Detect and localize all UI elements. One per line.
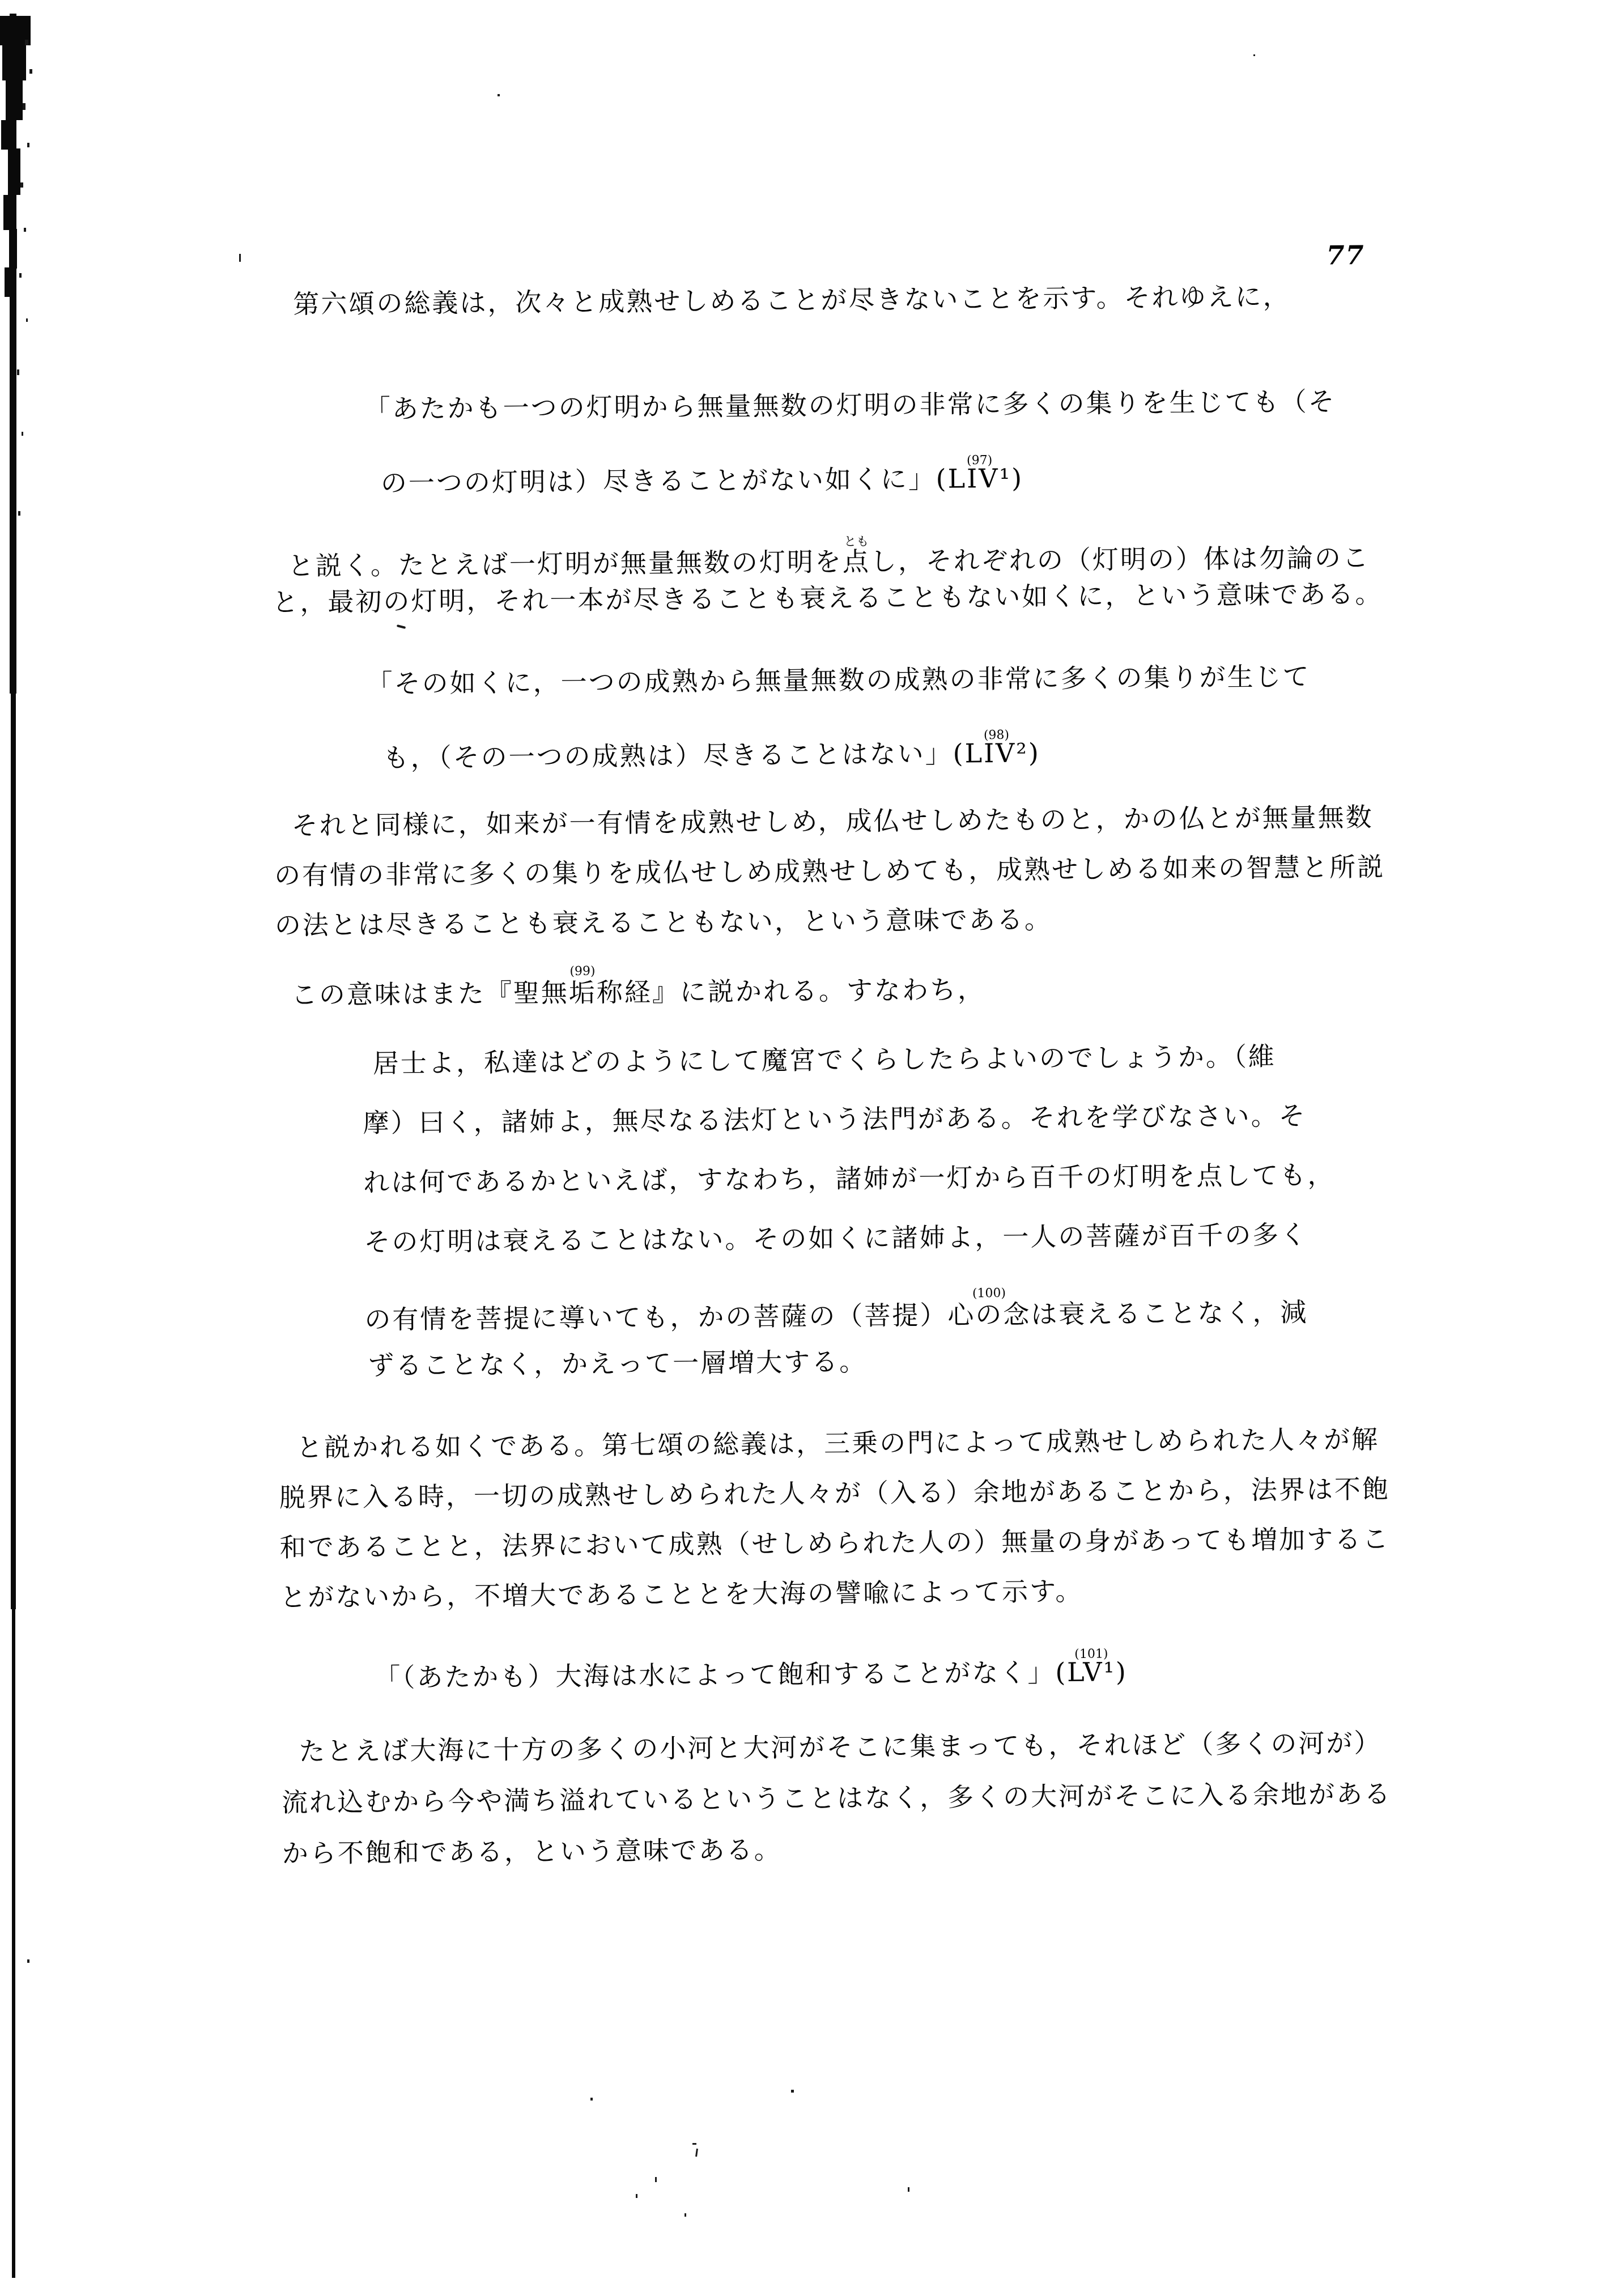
text-line: 和であることと，法界において成熟（せしめられた人の）無量の身があっても増加するこ	[279, 1526, 1390, 1561]
text-line: の有情を菩提に導いても，かの菩薩の（菩提）心の念(100)は衰えることなく，減	[364, 1285, 1308, 1333]
ruby-annotation: 心の念(100)	[947, 1299, 1031, 1330]
text-line: の法とは尽きることも衰えることもない，という意味である。	[275, 906, 1052, 938]
text-line: たとえば大海に十方の多くの小河と大河がそこに集まっても，それほど（多くの河が）	[299, 1730, 1381, 1764]
text-line: から不飽和である，という意味である。	[282, 1836, 782, 1866]
text-line: 第六頌の総義は，次々と成熟せしめることが尽きないことを示す。それゆえに，	[293, 283, 1291, 317]
text-line: の一つの灯明は）尽きることがない如くに」(LIV¹)(97)	[380, 454, 1023, 496]
text-layer: 77 第六頌の総義は，次々と成熟せしめることが尽きないことを示す。それゆえに，「…	[0, 0, 1624, 2296]
ruby-annotation: 『聖無垢称経』(99)	[486, 976, 680, 1009]
text-line: と，最初の灯明，それ一本が尽きることも衰えることもない如くに，という意味である。	[272, 581, 1383, 615]
text-line: とがないから，不増大であることとを大海の譬喩によって示す。	[280, 1578, 1083, 1610]
text-line: も，（その一つの成熟は）尽きることはない」(LIV²)(98)	[382, 729, 1040, 771]
page-number: 77	[1326, 240, 1364, 271]
scanned-document-page: 77 第六頌の総義は，次々と成熟せしめることが尽きないことを示す。それゆえに，「…	[0, 0, 1624, 2296]
text-line: 流れ込むから今や満ち溢れているということはなく，多くの大河がそこに入る余地がある	[282, 1781, 1392, 1815]
text-line: 摩）曰く，諸姉よ，無尽なる法灯という法門がある。それを学びなさい。そ	[363, 1103, 1306, 1136]
text-line: 脱界に入る時，一切の成熟せしめられた人々が（入る）余地があることから，法界は不飽	[279, 1476, 1390, 1511]
text-line: と説く。たとえば一灯明が無量無数の灯明を点ともし，それぞれの（灯明の）体は勿論の…	[288, 531, 1371, 579]
text-line: この意味はまた『聖無垢称経』(99)に説かれる。すなわち，	[291, 962, 985, 1008]
ruby-annotation: (LIV²)(98)	[953, 737, 1040, 768]
text-line: れは何であるかといえば，すなわち，諸姉が一灯から百千の灯明を点しても，	[363, 1162, 1335, 1195]
text-line: ずることなく，かえって一層増大する。	[368, 1349, 867, 1379]
ruby-annotation: 点とも	[843, 546, 870, 577]
text-line: その灯明は衰えることはない。その如くに諸姉よ，一人の菩薩が百千の多く	[364, 1222, 1308, 1255]
text-line: 「その如くに，一つの成熟から無量無数の成熟の非常に多くの集りが生じて	[366, 664, 1310, 697]
text-line: 「あたかも一つの灯明から無量無数の灯明の非常に多くの集りを生じても（そ	[364, 388, 1336, 422]
text-line: 「（あたかも）大海は水によって飽和することがなく」(LV¹)(101)	[374, 1648, 1128, 1690]
text-line: と説かれる如くである。第七頌の総義は，三乗の門によって成熟せしめられた人々が解	[296, 1426, 1379, 1461]
ruby-annotation: (LIV¹)(97)	[936, 463, 1024, 494]
text-line: の有情の非常に多くの集りを成仏せしめ成熟せしめても，成熟せしめる如来の智慧と所説	[274, 854, 1385, 888]
text-line: 居士よ，私達はどのようにして魔宮でくらしたらよいのでしょうか。（維	[373, 1043, 1276, 1077]
text-line: それと同様に，如来が一有情を成熟せしめ，成仏せしめたものと，かの仏とが無量無数	[291, 804, 1373, 839]
ruby-annotation: (LV¹)(101)	[1055, 1656, 1128, 1687]
